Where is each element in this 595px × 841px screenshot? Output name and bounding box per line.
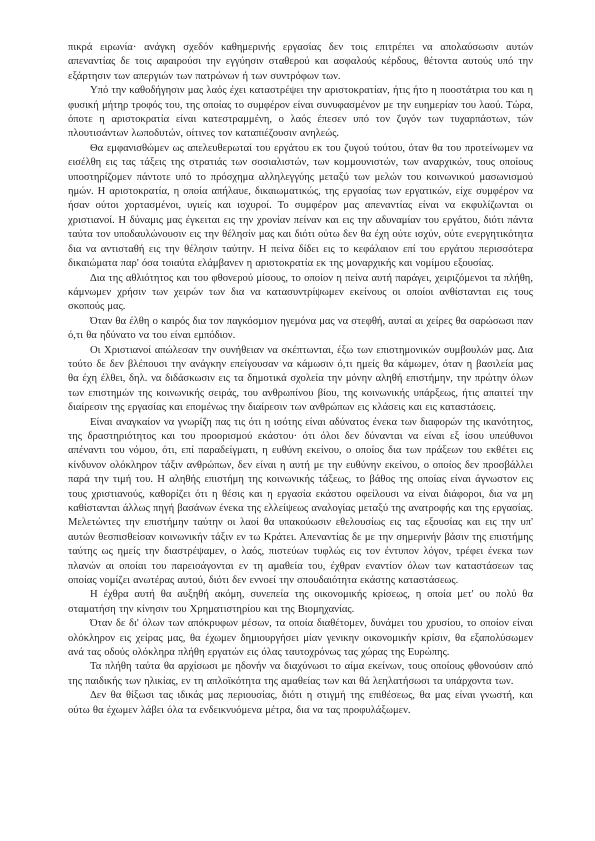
paragraph: Η έχθρα αυτή θα αυξηθή ακόμη, συνεπεία τ… bbox=[68, 588, 533, 617]
paragraph: Είναι αναγκαίον να γνωρίζη πας τις ότι η… bbox=[68, 416, 533, 589]
paragraph: Όταν θα έλθη ο καιρός δια τον παγκόσμιον… bbox=[68, 315, 533, 344]
paragraph: Υπό την καθοδήγησιν μας λαός έχει καταστ… bbox=[68, 84, 533, 142]
document-page: πικρά ειρωνία· ανάγκη σχεδόν καθημερινής… bbox=[0, 0, 595, 841]
paragraph: Τα πλήθη ταύτα θα αρχίσωσι με ηδονήν να … bbox=[68, 660, 533, 689]
paragraph: Δεν θα θίξωσι τας ιδικάς μας περιουσίας,… bbox=[68, 689, 533, 718]
paragraph: πικρά ειρωνία· ανάγκη σχεδόν καθημερινής… bbox=[68, 41, 533, 84]
paragraph: Δια της αθλιότητος και του φθονερού μίσο… bbox=[68, 272, 533, 315]
paragraph: Οι Χριστιανοί απώλεσαν την συνήθειαν να … bbox=[68, 344, 533, 416]
page-text: πικρά ειρωνία· ανάγκη σχεδόν καθημερινής… bbox=[68, 41, 533, 718]
paragraph: Όταν δε δι' όλων των απόκρυφων μέσων, τα… bbox=[68, 617, 533, 660]
paragraph: Θα εμφανισθώμεν ως απελευθερωταί του εργ… bbox=[68, 142, 533, 272]
